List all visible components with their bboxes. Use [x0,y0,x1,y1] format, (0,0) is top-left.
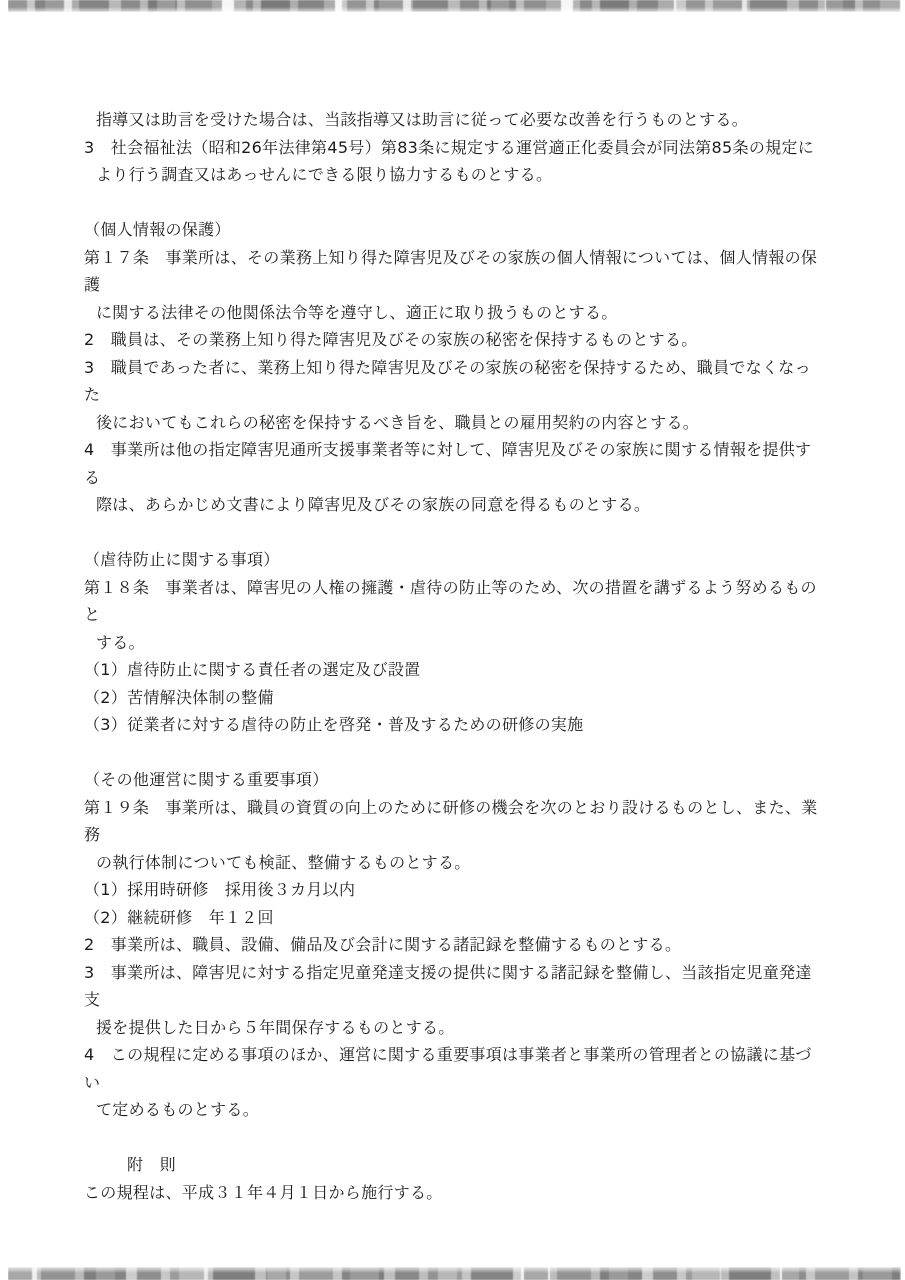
scan-noise-bottom [8,1267,901,1280]
text-line: 4 事業所は他の指定障害児通所支援事業者等に対して、障害児及びその家族に関する情… [84,436,825,491]
text-line: （2）継続研修 年１２回 [84,904,825,932]
text-line: より行う調査又はあっせんにできる限り協力するものとする。 [84,161,825,189]
blank-line [84,739,825,767]
text-line: 2 事業所は、職員、設備、備品及び会計に関する諸記録を整備するものとする。 [84,931,825,959]
scan-noise-top [8,0,901,12]
text-line: この規程は、平成３１年４月１日から施行する。 [84,1179,825,1207]
text-line: する。 [84,629,825,657]
text-line: （1）虐待防止に関する責任者の選定及び設置 [84,656,825,684]
text-line: に関する法律その他関係法令等を遵守し、適正に取り扱うものとする。 [84,299,825,327]
text-line: （個人情報の保護） [84,216,825,244]
text-line: 第１９条 事業所は、職員の資質の向上のために研修の機会を次のとおり設けるものとし… [84,794,825,849]
text-line: 指導又は助言を受けた場合は、当該指導又は助言に従って必要な改善を行うものとする。 [84,106,825,134]
text-line: 附 則 [84,1151,825,1179]
text-line: （虐待防止に関する事項） [84,546,825,574]
text-line: 援を提供した日から５年間保存するものとする。 [84,1014,825,1042]
blank-line [84,1124,825,1152]
text-line: 3 事業所は、障害児に対する指定児童発達支援の提供に関する諸記録を整備し、当該指… [84,959,825,1014]
text-line: （1）採用時研修 採用後３カ月以内 [84,876,825,904]
text-line: て定めるものとする。 [84,1096,825,1124]
text-line: 第１８条 事業者は、障害児の人権の擁護・虐待の防止等のため、次の措置を講ずるよう… [84,574,825,629]
document-page: 指導又は助言を受けた場合は、当該指導又は助言に従って必要な改善を行うものとする。… [0,0,905,1280]
text-line: （その他運営に関する重要事項） [84,766,825,794]
document-lines: 指導又は助言を受けた場合は、当該指導又は助言に従って必要な改善を行うものとする。… [84,106,825,1206]
text-line: 4 この規程に定める事項のほか、運営に関する重要事項は事業者と事業所の管理者との… [84,1041,825,1096]
text-line: （3）従業者に対する虐待の防止を啓発・普及するための研修の実施 [84,711,825,739]
text-line: 際は、あらかじめ文書により障害児及びその家族の同意を得るものとする。 [84,491,825,519]
text-line: 3 社会福祉法（昭和26年法律第45号）第83条に規定する運営適正化委員会が同法… [84,134,825,162]
text-line: 2 職員は、その業務上知り得た障害児及びその家族の秘密を保持するものとする。 [84,326,825,354]
text-line: の執行体制についても検証、整備するものとする。 [84,849,825,877]
text-line: 第１７条 事業所は、その業務上知り得た障害児及びその家族の個人情報については、個… [84,244,825,299]
text-line: （2）苦情解決体制の整備 [84,684,825,712]
blank-line [84,189,825,217]
text-line: 3 職員であった者に、業務上知り得た障害児及びその家族の秘密を保持するため、職員… [84,354,825,409]
blank-line [84,519,825,547]
text-line: 後においてもこれらの秘密を保持するべき旨を、職員との雇用契約の内容とする。 [84,409,825,437]
